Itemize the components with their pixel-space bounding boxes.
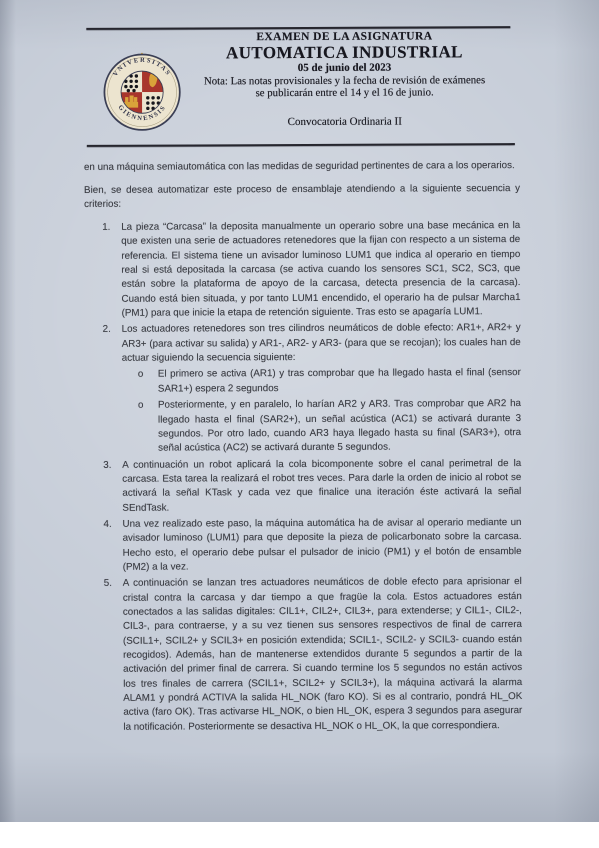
convocatoria-label: Convocatoria Ordinaria II [165, 115, 525, 129]
exam-body-text: en una máquina semiautomática con las me… [84, 159, 523, 737]
numbered-item-4: 4. Una vez realizado este paso, la máqui… [85, 516, 521, 575]
item-text: Una vez realizado este paso, la máquina … [122, 517, 521, 573]
item-number: 2. [103, 323, 111, 337]
note-line-1: Nota: Las notas provisionales y la fecha… [165, 74, 525, 88]
numbered-item-3: 3. A continuación un robot aplicará la c… [85, 457, 521, 516]
criteria-paragraph: Bien, se desea automatizar este proceso … [84, 182, 520, 213]
item-text: A continuación un robot aplicará la cola… [122, 458, 521, 514]
intro-paragraph: en una máquina semiautomática con las me… [84, 159, 520, 175]
item-text: Los actuadores retenedores son tres cili… [122, 322, 521, 363]
note-line-2: se publicarán entre el 14 y el 16 de jun… [165, 86, 525, 100]
sub-bullet-text: El primero se activa (AR1) y tras compro… [158, 368, 521, 395]
numbered-item-1: 1. La pieza “Carcasa” la deposita manual… [84, 219, 520, 321]
item-text: La pieza “Carcasa” la deposita manualmen… [121, 220, 520, 319]
item-number: 4. [103, 518, 111, 532]
numbered-item-5: 5. A continuación se lanzan tres actuado… [86, 575, 523, 735]
sub-bullet-marker: o [138, 399, 144, 413]
sub-bullet-text: Posteriormente, y en paralelo, lo harían… [158, 398, 521, 454]
exam-header: EXAMEN DE LA ASIGNATURA AUTOMATICA INDUS… [164, 29, 524, 129]
item-text: A continuación se lanzan tres actuadores… [123, 576, 523, 732]
sub-bullet-marker: o [138, 368, 144, 382]
page-content: VNIVERSITAS GIENNENSIS [0, 0, 599, 822]
scan-bottom-margin [0, 822, 599, 848]
photo-of-paper: VNIVERSITAS GIENNENSIS [0, 0, 599, 822]
item-number: 5. [104, 577, 112, 591]
item-number: 1. [102, 221, 110, 235]
sub-bullet-2: o Posteriormente, y en paralelo, lo harí… [85, 397, 521, 456]
numbered-item-2: 2. Los actuadores retenedores son tres c… [85, 321, 521, 366]
sub-bullet-1: o El primero se activa (AR1) y tras comp… [85, 367, 521, 398]
header-bottom-rule [87, 143, 515, 147]
course-title: AUTOMATICA INDUSTRIAL [164, 43, 524, 63]
scanned-exam-page: VNIVERSITAS GIENNENSIS [0, 0, 599, 848]
item-number: 3. [103, 458, 111, 472]
